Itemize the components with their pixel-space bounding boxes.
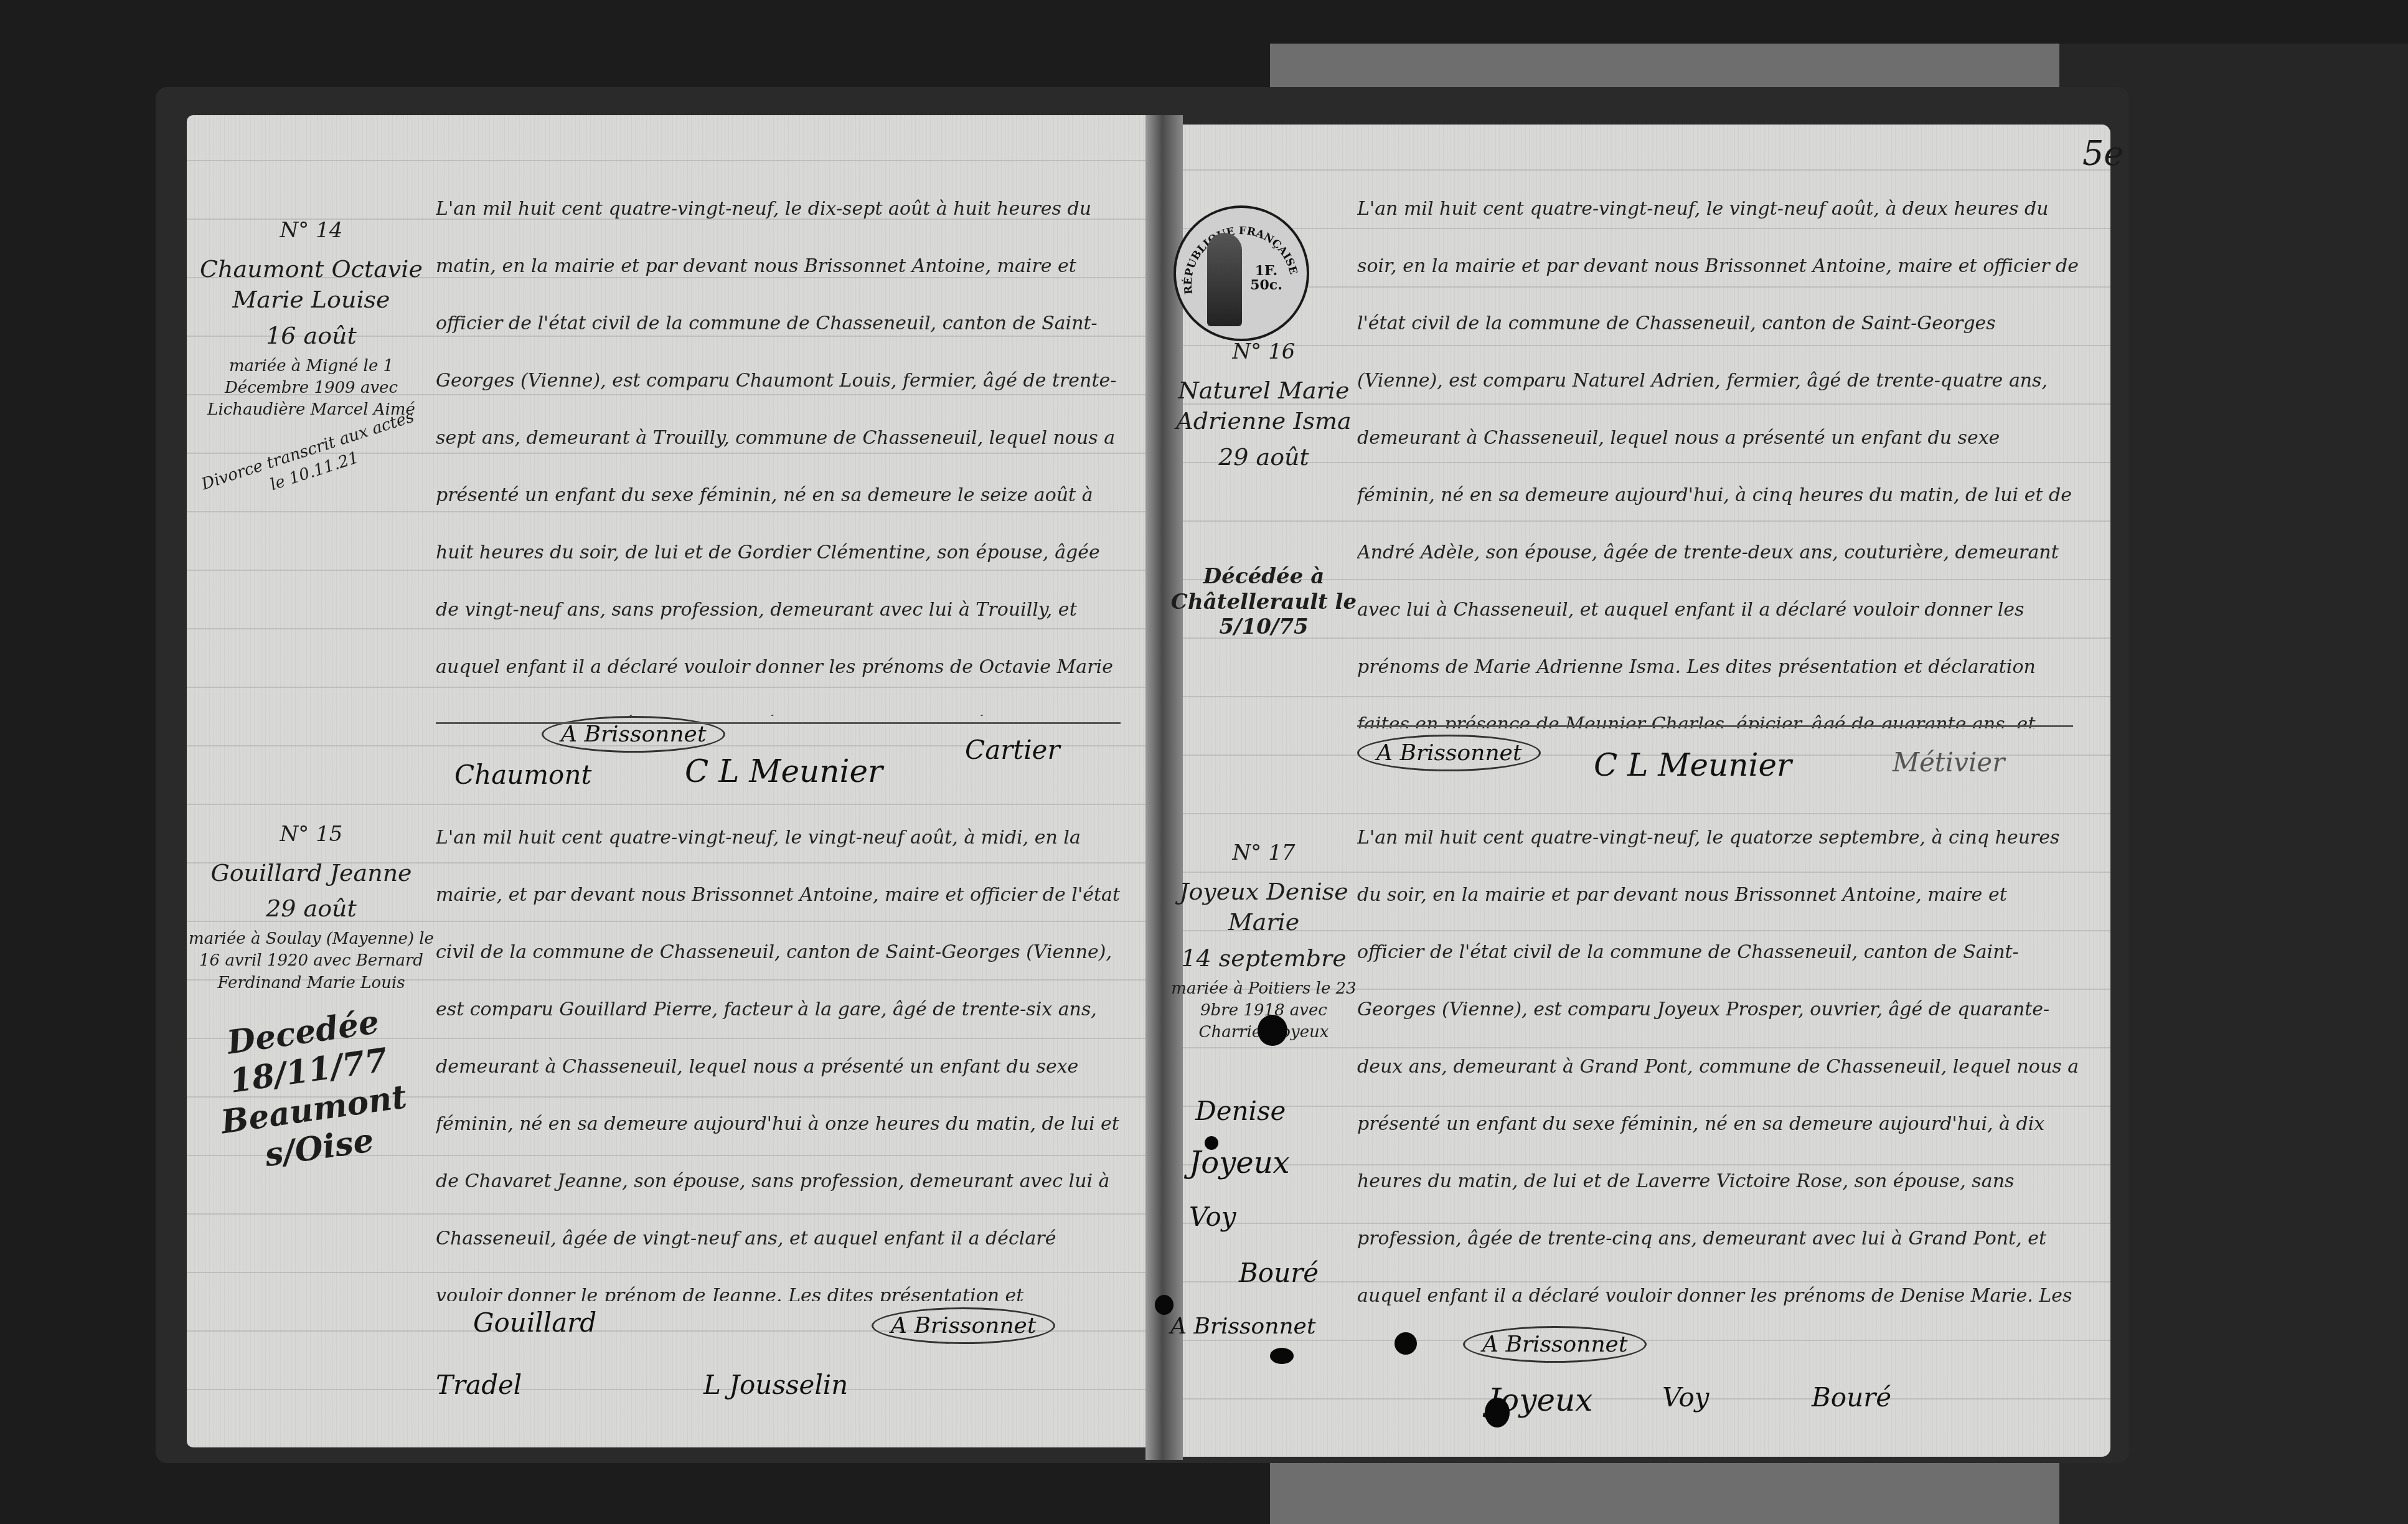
child-name: Naturel Marie Adrienne Isma: [1170, 375, 1357, 437]
act-number: N° 17: [1164, 840, 1363, 865]
marianne-figure-icon: [1207, 233, 1242, 326]
act-number: N° 15: [187, 822, 436, 847]
stamp-value: 1F. 50c.: [1244, 264, 1288, 293]
signature-witness-2: Cartier: [965, 735, 1060, 765]
signatures-act-17: A Brissonnet Joyeux Voy Bouré: [1451, 1326, 2073, 1432]
ink-blot: [1258, 1015, 1287, 1046]
margin-signature-1: Denise: [1195, 1096, 1286, 1126]
marginal-note-death: Décédée à Châtellerault le 5/10/75: [1170, 564, 1357, 640]
signature-witness-2: L Jousselin: [703, 1370, 848, 1400]
signature-witness-1: C L Meunier: [1594, 747, 1792, 783]
separator-rule: [1357, 725, 2073, 727]
marginal-note-marriage: mariée à Migné le 1 Décembre 1909 avec L…: [199, 355, 423, 421]
child-name: Joyeux Denise Marie: [1164, 877, 1363, 938]
signature-witness-1: C L Meunier: [685, 753, 883, 789]
signature-mayor: A Brissonnet: [1463, 1326, 1647, 1363]
act-date: 29 août: [187, 895, 436, 922]
signature-mayor: A Brissonnet: [1357, 735, 1541, 771]
act-date: 29 août: [1170, 443, 1357, 471]
child-name: Gouillard Jeanne: [187, 858, 436, 888]
act-date: 14 septembre: [1164, 944, 1363, 972]
margin-entry-act-16: N° 16 Naturel Marie Adrienne Isma 29 aoû…: [1170, 339, 1357, 640]
act-date: 16 août: [199, 322, 423, 349]
act-text-17: L'an mil huit cent quatre-vingt-neuf, le…: [1357, 809, 2079, 1307]
separator-rule: [436, 722, 1121, 724]
signature-mayor: A Brissonnet: [872, 1307, 1055, 1344]
act-text-15: L'an mil huit cent quatre-vingt-neuf, le…: [436, 809, 1127, 1301]
margin-signature-5: A Brissonnet: [1170, 1314, 1315, 1339]
act-text-14: L'an mil huit cent quatre-vingt-neuf, le…: [436, 181, 1127, 716]
margin-signature-4: Bouré: [1239, 1258, 1319, 1288]
signature-father: Chaumont: [454, 760, 591, 790]
signature-witness-2: Bouré: [1812, 1382, 1891, 1413]
margin-entry-act-17: N° 17 Joyeux Denise Marie 14 septembre m…: [1164, 840, 1363, 1043]
ink-blot: [1485, 1398, 1510, 1428]
marginal-note-marriage: mariée à Soulay (Mayenne) le 16 avril 19…: [187, 928, 436, 994]
act-text-16: L'an mil huit cent quatre-vingt-neuf, le…: [1357, 181, 2079, 728]
child-name: Chaumont Octavie Marie Louise: [199, 254, 423, 316]
margin-signature-3: Voy: [1189, 1202, 1236, 1232]
margin-entry-act-14: N° 14 Chaumont Octavie Marie Louise 16 a…: [199, 218, 423, 483]
signatures-act-14: A Brissonnet Chaumont C L Meunier Cartie…: [436, 716, 1127, 809]
signature-witness-2: Métivier: [1893, 747, 2005, 778]
ink-blot: [1205, 1136, 1218, 1150]
act-number: N° 14: [199, 218, 423, 243]
margin-signatures-act-17: Denise Joyeux Voy Bouré A Brissonnet: [1170, 1096, 1357, 1370]
ink-blot: [1155, 1295, 1173, 1315]
signature-mayor: A Brissonnet: [542, 716, 725, 753]
marginal-note-death: Decedée 18/11/77 Beaumont s/Oise: [177, 996, 446, 1185]
margin-signature-2: Joyeux: [1189, 1145, 1290, 1180]
page-number: 5e: [2082, 134, 2123, 173]
ink-blot: [1270, 1348, 1294, 1364]
signature-witness-1: Tradel: [436, 1370, 522, 1400]
fiscal-stamp: RÉPUBLIQUE FRANÇAISE 1F. 50c.: [1173, 205, 1309, 341]
ink-blot: [1394, 1332, 1417, 1355]
signature-witness-1: Voy: [1662, 1382, 1710, 1413]
signature-father: Gouillard: [473, 1307, 596, 1338]
signatures-act-15: Gouillard Tradel L Jousselin A Brissonne…: [436, 1301, 1127, 1426]
signatures-act-16: A Brissonnet C L Meunier Métivier: [1357, 735, 2073, 809]
act-number: N° 16: [1170, 339, 1357, 364]
margin-entry-act-15: N° 15 Gouillard Jeanne 29 août mariée à …: [187, 822, 436, 1168]
